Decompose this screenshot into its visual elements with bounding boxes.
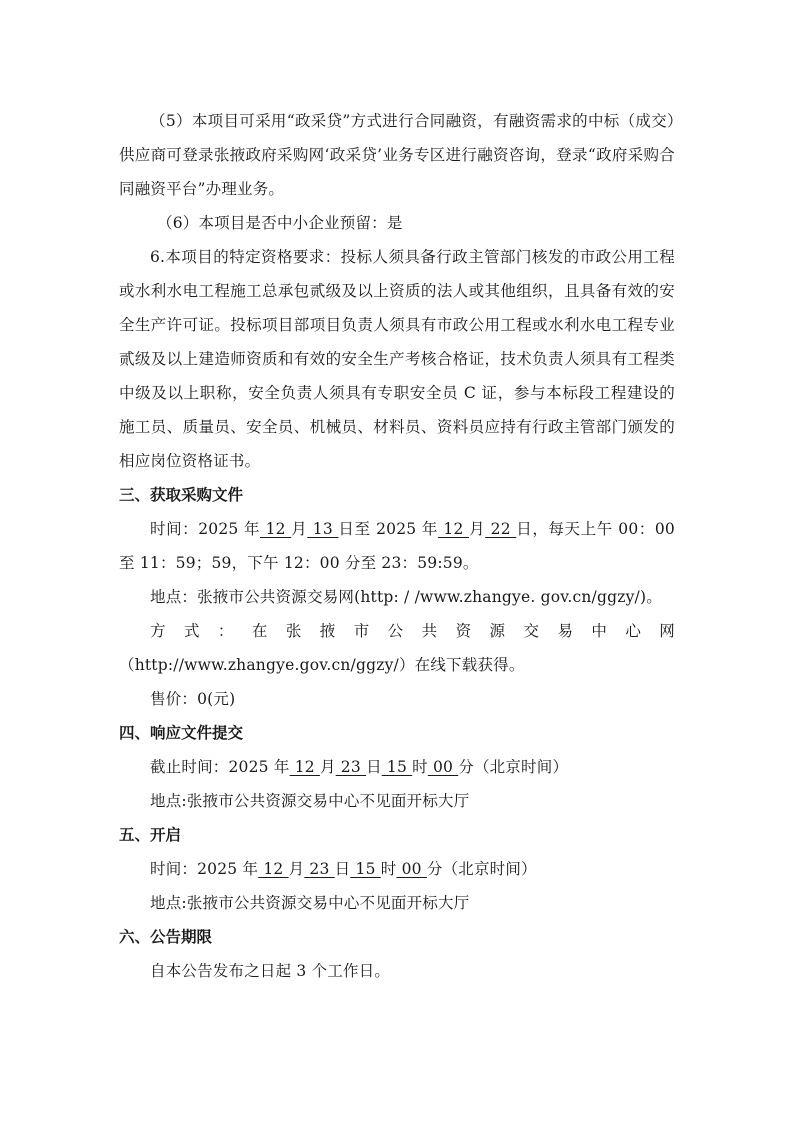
section-4-heading: 四、响应文件提交: [119, 716, 675, 750]
s4-month: 12: [290, 758, 320, 776]
s4-hour-unit: 时: [412, 758, 428, 776]
item-6-paragraph: （6）本项目是否中小企业预留：是: [119, 206, 675, 240]
s4-day-unit: 日: [366, 758, 382, 776]
s5-hour: 15: [350, 860, 380, 878]
s5-month: 12: [258, 860, 288, 878]
s4-hour: 15: [382, 758, 412, 776]
s5-day: 23: [304, 860, 334, 878]
s4-month-unit: 月: [320, 758, 336, 776]
s3-price-paragraph: 售价：0(元): [119, 682, 675, 716]
s3-month-unit: 月: [291, 520, 307, 538]
s3-end-day: 22: [485, 520, 516, 538]
s3-month-unit-2: 月: [469, 520, 485, 538]
s3-start-day: 13: [307, 520, 338, 538]
document-page: （5）本项目可采用“政采贷”方式进行合同融资，有融资需求的中标（成交）供应商可登…: [119, 104, 675, 988]
s3-start-month: 12: [260, 520, 291, 538]
qualification-paragraph: 6.本项目的特定资格要求：投标人须具备行政主管部门核发的市政公用工程或水利水电工…: [119, 240, 675, 478]
s6-period-paragraph: 自本公告发布之日起 3 个工作日。: [119, 954, 675, 988]
s3-time-label: 时间：2025 年: [150, 520, 260, 538]
section-5-heading: 五、开启: [119, 818, 675, 852]
s4-place-paragraph: 地点:张掖市公共资源交易中心不见面开标大厅: [119, 784, 675, 818]
section-3-heading: 三、获取采购文件: [119, 478, 675, 512]
s4-minute-unit: 分（北京时间）: [458, 758, 568, 776]
s5-day-unit: 日: [335, 860, 351, 878]
s3-mid-text: 日至 2025 年: [338, 520, 438, 538]
s5-place-paragraph: 地点:张掖市公共资源交易中心不见面开标大厅: [119, 886, 675, 920]
s3-end-month: 12: [438, 520, 469, 538]
s3-method-paragraph: 方式：在张掖市公共资源交易中心网（http://www.zhangye.gov.…: [119, 614, 675, 682]
s5-minute: 00: [396, 860, 426, 878]
s5-minute-unit: 分（北京时间）: [427, 860, 537, 878]
s4-deadline-paragraph: 截止时间：2025 年 12 月 23 日 15 时 00 分（北京时间）: [119, 750, 675, 784]
s3-place-paragraph: 地点：张掖市公共资源交易网(http: / /www.zhangye. gov.…: [119, 580, 675, 614]
item-5-paragraph: （5）本项目可采用“政采贷”方式进行合同融资，有融资需求的中标（成交）供应商可登…: [119, 104, 675, 206]
s4-day: 23: [336, 758, 366, 776]
s4-deadline-label: 截止时间：2025 年: [150, 758, 290, 776]
s3-time-paragraph: 时间：2025 年 12 月 13 日至 2025 年 12 月 22 日，每天…: [119, 512, 675, 580]
s4-minute: 00: [428, 758, 458, 776]
s5-hour-unit: 时: [381, 860, 397, 878]
section-6-heading: 六、公告期限: [119, 920, 675, 954]
s5-time-label: 时间：2025 年: [150, 860, 258, 878]
s5-month-unit: 月: [289, 860, 305, 878]
s5-time-paragraph: 时间：2025 年 12 月 23 日 15 时 00 分（北京时间）: [119, 852, 675, 886]
